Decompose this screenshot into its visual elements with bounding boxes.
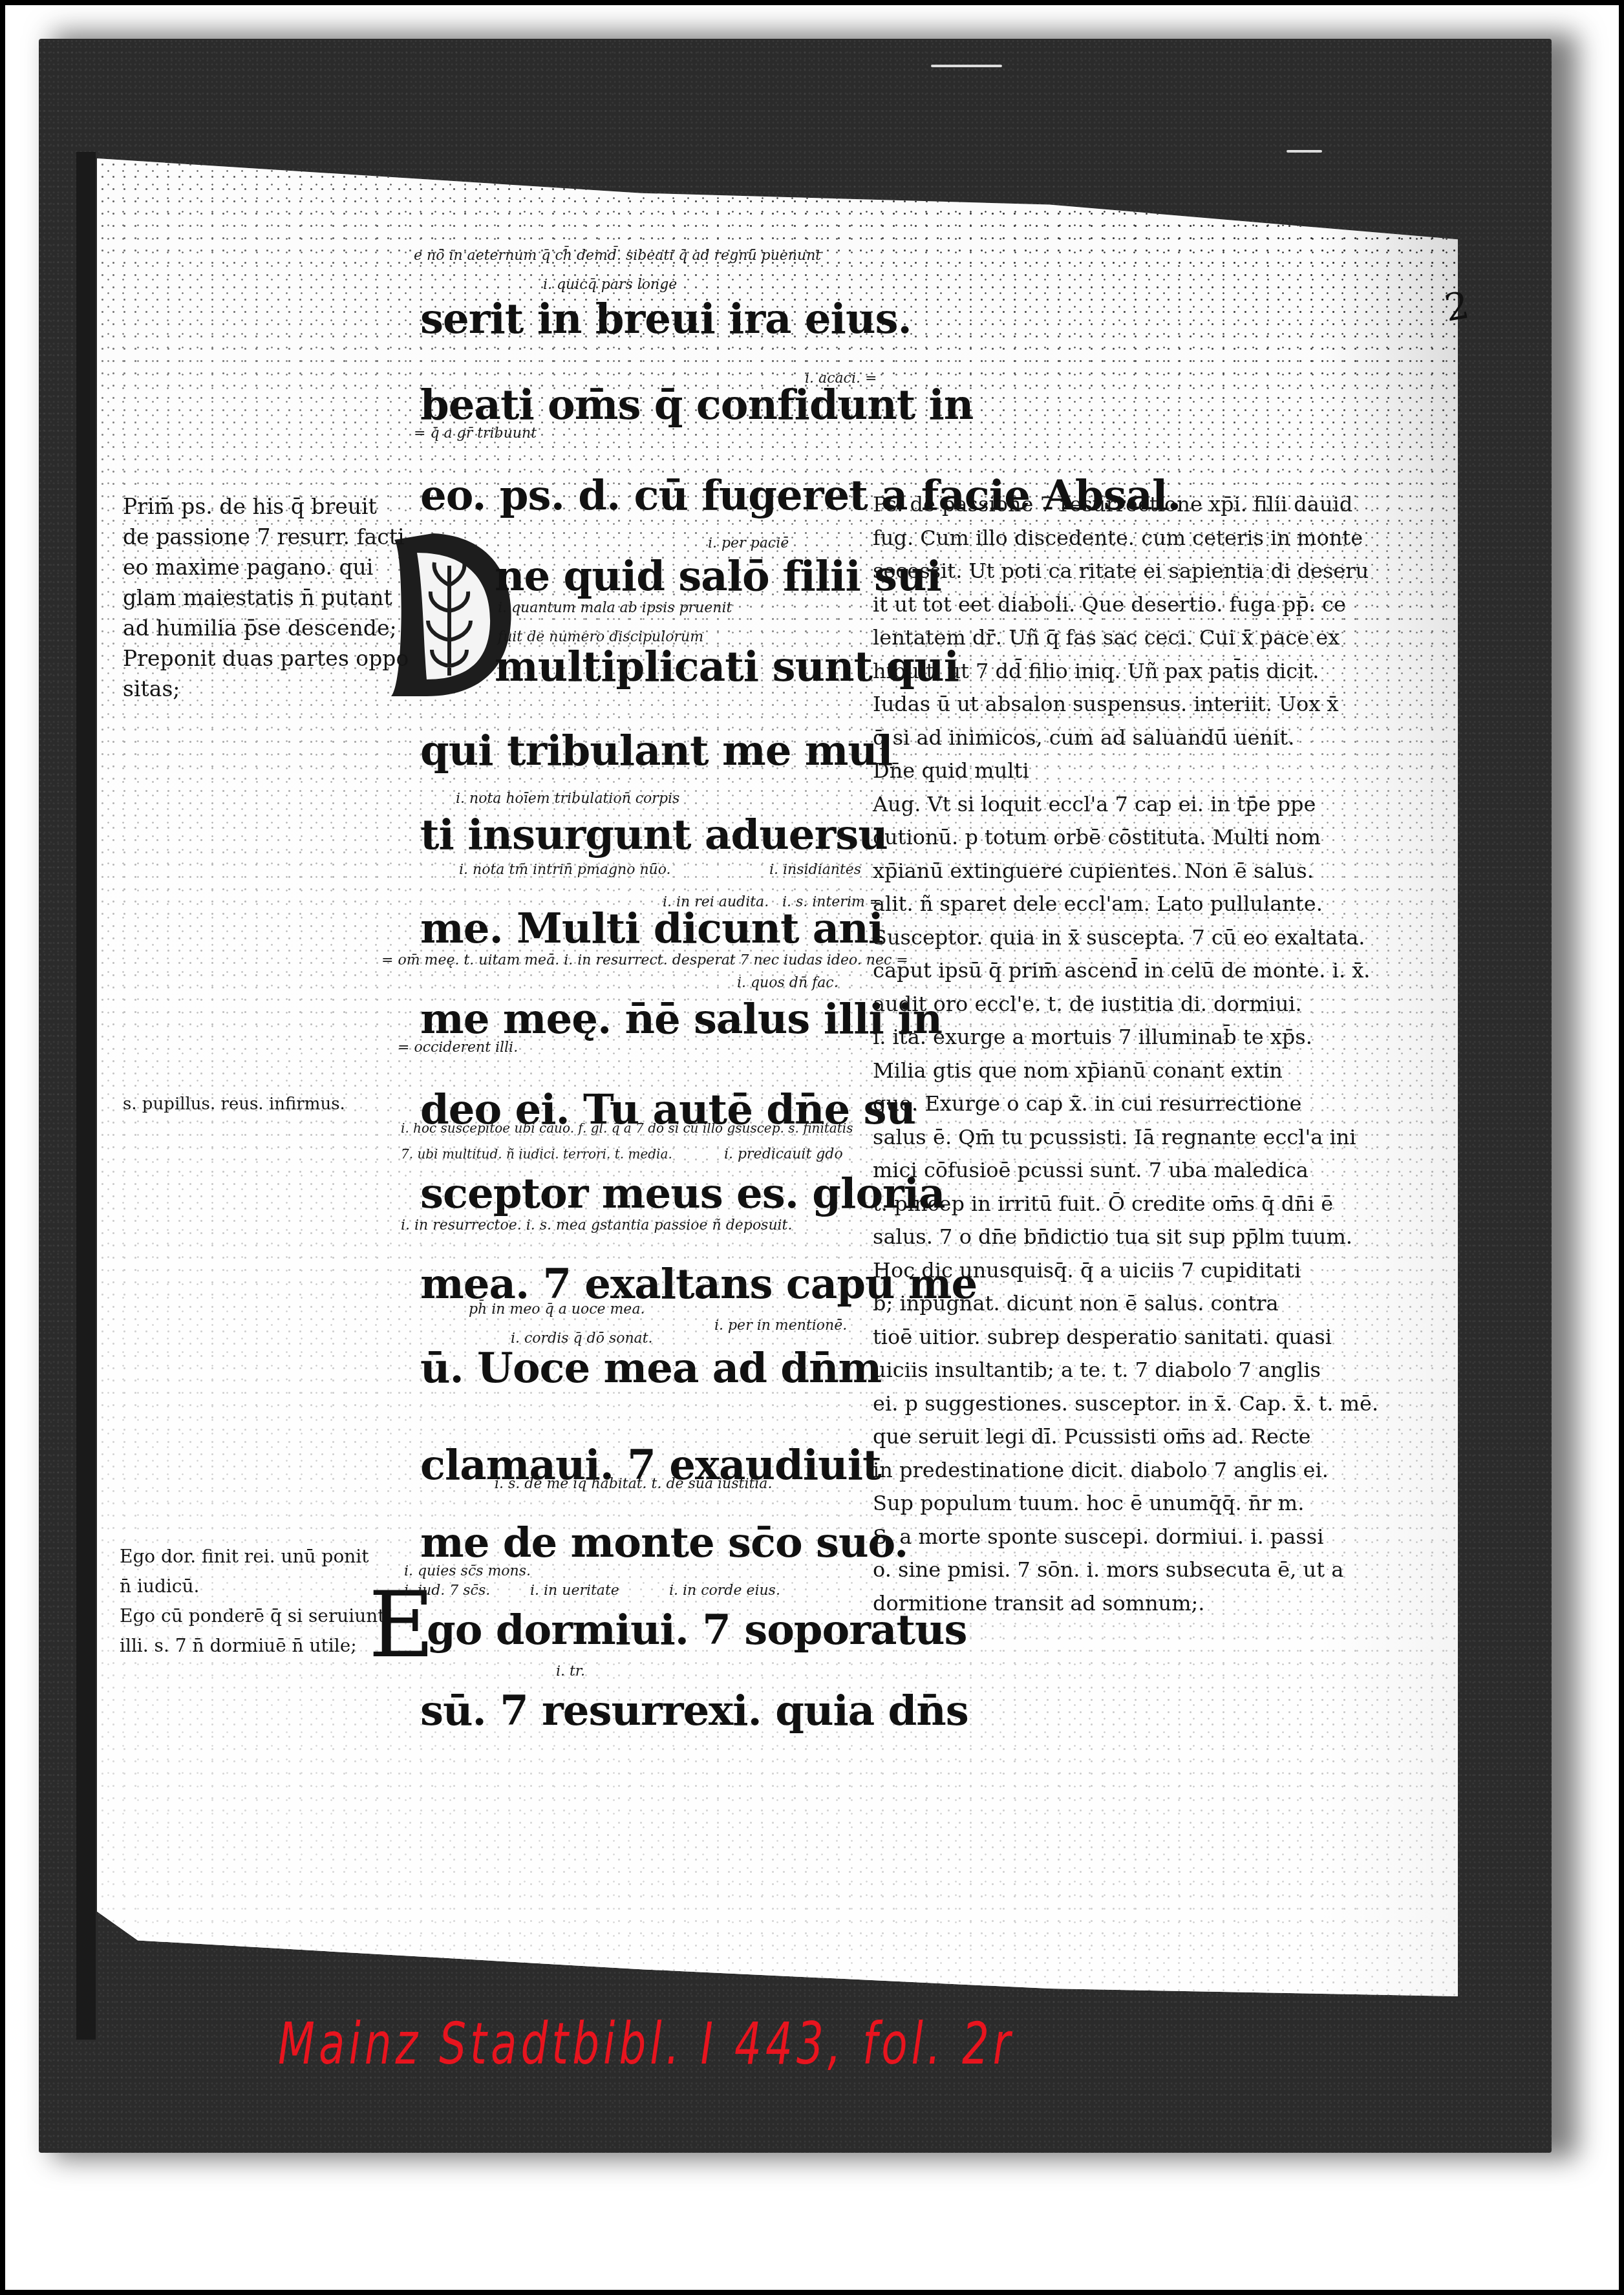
margin-gloss-block: s. pupillus. reus. infirmus. [123, 1089, 345, 1120]
gloss-line: i. per in mentionē. [714, 1319, 847, 1333]
margin-gloss-block: Ego dor. finit rei. unū ponit n̄ iudicū.… [120, 1542, 385, 1661]
commentary-line: alit. ñ sparet dele eccl'am. Lato pullul… [873, 888, 1378, 921]
margin-gloss-line: eo maxime pagano. qui [123, 552, 409, 582]
gloss-line: i. hoc suscepitoe ubi cauo. f. gl. q̄ a … [401, 1122, 853, 1135]
margin-gloss-line: Ego dor. finit rei. unū ponit [120, 1542, 385, 1572]
gloss-line: = q̄ a gr̄ tribuunt [414, 427, 537, 441]
gloss-line: i. tr. [556, 1665, 585, 1679]
gloss-line: i. s. de me iq̄ habitat. t. de sua iusti… [495, 1477, 772, 1491]
margin-gloss-line: ad humilia p̄se descende; [123, 613, 409, 643]
gloss-line: e nō in aeternum q̄ ch̄ demd̄. sibeati q… [414, 249, 821, 263]
commentary-line: salus. 7 o dn̄e bn̄dictio tua sit sup pp… [873, 1221, 1378, 1254]
commentary-line: salus ē. Qm̄ tu pcussisti. Iā regnante e… [873, 1121, 1378, 1155]
commentary-line: in predestinatione dicit. diabolo 7 angl… [873, 1454, 1378, 1488]
gloss-line: i. insidiantes [769, 863, 861, 877]
commentary-line: i. ita. exurge a mortuis 7 illuminab̄ te… [873, 1021, 1378, 1054]
commentary-line: o. sine pmisi. 7 sōn. i. mors subsecuta … [873, 1553, 1378, 1587]
commentary-column: Ps. de passione 7 resurrectione xp̄i. fi… [873, 488, 1378, 1620]
margin-gloss-line: n̄ iudicū. [120, 1572, 385, 1601]
margin-gloss-line: illi. s. 7 n̄ dormiuē n̄ utile; [120, 1631, 385, 1661]
commentary-line: uiciis insultantib; a te. t. 7 diabolo 7… [873, 1354, 1378, 1387]
psalm-line: beati om̄s q̄ confidunt in [420, 385, 973, 426]
margin-gloss-line: s. pupillus. reus. infirmus. [123, 1089, 345, 1120]
margin-gloss-line: sitas; [123, 674, 409, 704]
gloss-line: = occiderent illi. [398, 1041, 518, 1055]
scan-scratch [931, 65, 1002, 67]
gloss-line: ph̄ in meo q̄ a uoce mea. [469, 1303, 645, 1317]
gloss-line: i. nota hoīem tribulation̄ corpis [456, 792, 679, 806]
margin-gloss-block: Prim̄ ps. de his q̄ breuit de passione 7… [123, 491, 409, 704]
psalm-line: qui tribulant me mul [420, 731, 892, 772]
commentary-line: q̄ si ad inimicos, cum ad saluandū uenit… [873, 721, 1378, 755]
commentary-line: Susceptor. quia in x̄ suscepta. 7 cū eo … [873, 921, 1378, 955]
psalm-line: ti insurgunt aduersu [420, 815, 888, 856]
gloss-line: i. quos dn̄ fac. [737, 976, 839, 990]
commentary-line: gue. Exurge o cap x̄. in cui resurrectio… [873, 1087, 1378, 1121]
gloss-line: 7. ubi multitud. ñ iudici. terrori. t. m… [401, 1147, 672, 1160]
margin-gloss-line: Preponit duas partes oppo [123, 643, 409, 674]
commentary-line: lentatem dr̄. Uñ q̄ fas sac ceci. Cui x̄… [873, 621, 1378, 655]
psalm-line: me. Multi dicunt ani [420, 908, 883, 950]
gloss-line: = om̄ meę. t. uitam meā. i. in resurrect… [381, 954, 908, 968]
psalm-line: me meę. n̄ē salus illi in [420, 999, 942, 1040]
psalm-line: sceptor meus es. gloria [420, 1173, 945, 1215]
commentary-line: Dn̄e quid multi [873, 754, 1378, 788]
gloss-line: i. in ueritate [530, 1584, 619, 1598]
margin-gloss-line: Ego cū ponderē q̄ si seruiunt [120, 1601, 385, 1631]
commentary-line: Iudas ū ut absalon suspensus. interiit. … [873, 688, 1378, 721]
psalm-line: serit in breui ira eius. [420, 299, 912, 340]
red-shelfmark-annotation: Mainz Stadtbibl. I 443, fol. 2r [278, 2011, 1014, 2078]
commentary-line: cutionū. p totum orbē cōstituta. Multi n… [873, 821, 1378, 855]
psalm-line: sū. 7 resurrexi. quia dn̄s [420, 1691, 968, 1732]
margin-gloss-line: glam maiestatis n̄ putant [123, 582, 409, 613]
commentary-line: secessit. Ut poti ca ritate ei sapientia… [873, 555, 1378, 588]
gloss-line: i. quantum mala ab ipsis pruenit [498, 601, 732, 615]
psalm-line: me de monte sc̄o suo. [420, 1522, 908, 1564]
commentary-line: it ut tot eet diaboli. Que desertio. fug… [873, 588, 1378, 622]
commentary-line: Sup populum tuum. hoc ē unumq̄q̄. n̄r m. [873, 1487, 1378, 1521]
gloss-line: i. quies sc̄s mons. [404, 1564, 531, 1579]
commentary-line: tioē uitior. subrep desperatio sanitati.… [873, 1321, 1378, 1354]
gloss-line: i. predicauit gdo [724, 1147, 843, 1162]
commentary-line: fug. Cum illo discedente. cum ceteris in… [873, 522, 1378, 555]
commentary-line: Hoc dic unusquisq̄. q̄ a uiciis 7 cupidi… [873, 1254, 1378, 1288]
commentary-line: b; inpugnat. dicunt non ē salus. contra [873, 1287, 1378, 1321]
commentary-line: audit oro eccl'e. t. de iustitia di. dor… [873, 988, 1378, 1021]
psalm-line: ū. Uoce mea ad dn̄m [420, 1348, 881, 1389]
commentary-line: ei. p suggestiones. susceptor. in x̄. Ca… [873, 1387, 1378, 1421]
scan-scratch [1287, 150, 1322, 153]
commentary-line: Ps. de passione 7 resurrectione xp̄i. fi… [873, 488, 1378, 522]
gloss-line: i. in corde eius. [669, 1584, 780, 1598]
commentary-line: S. a morte sponte suscepi. dormiui. i. p… [873, 1521, 1378, 1554]
commentary-line: dormitione transit ad somnum;. [873, 1587, 1378, 1621]
commentary-line: Aug. Vt si loquit eccl'a 7 cap ei. in tp… [873, 788, 1378, 822]
margin-gloss-line: Prim̄ ps. de his q̄ breuit [123, 491, 409, 522]
commentary-line: t. pincep in irritū fuit. Ō credite om̄s… [873, 1188, 1378, 1221]
gloss-line: i. in resurrectoe. i. s. mea gstantia pa… [401, 1219, 792, 1233]
gloss-line: i. iud. 7 sc̄s. [404, 1584, 490, 1598]
gloss-line: i. per paciē [708, 537, 789, 551]
commentary-line: mici cōfusioē pcussi sunt. 7 uba maledic… [873, 1154, 1378, 1188]
margin-gloss-line: de passione 7 resurr. facti [123, 522, 409, 552]
commentary-line: xp̄ianū extinguere cupientes. Non ē salu… [873, 855, 1378, 888]
commentary-line: caput ipsū q̄ prim̄ ascend̄ in celū de m… [873, 954, 1378, 988]
commentary-line: hibuit. ut 7 dd̄ filio iniq. Uñ pax pat̄… [873, 655, 1378, 688]
gloss-line: i. quicq̄ pars longe [543, 278, 677, 292]
commentary-line: que seruit legi dī. Pcussisti om̄s ad. R… [873, 1420, 1378, 1454]
gloss-line: i. nota tm̄ intrin̄ pmagno nūo. [459, 863, 671, 877]
binding-edge [76, 152, 96, 2040]
commentary-line: Milia gtis que nom xp̄ianū conant extin [873, 1054, 1378, 1088]
